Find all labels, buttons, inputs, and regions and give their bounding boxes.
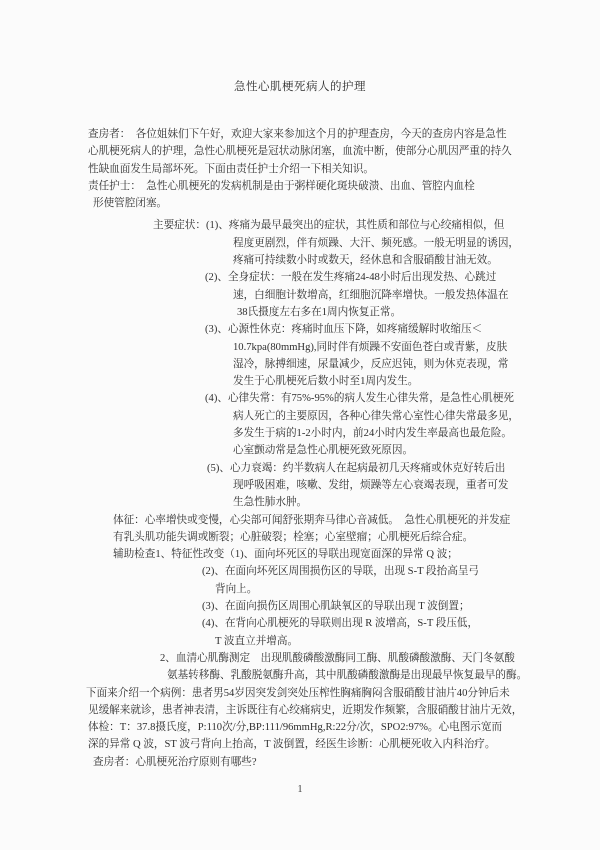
- doc-line: 形使管腔闭塞。: [93, 195, 600, 212]
- doc-line: 背向上。: [215, 581, 600, 598]
- doc-line: 氨基转移酶、乳酸脱氨酶升高，其中肌酸磷酸激酶是出现最早恢复最早的酶。: [167, 667, 600, 684]
- doc-line: 有乳头肌功能失调或断裂；心脏破裂；栓塞；心室壁瘤；心肌梗死后综合症。: [113, 529, 600, 546]
- doc-line: (2)、在面向坏死区周围损伤区的导联，出现 S-T 段抬高呈弓: [202, 563, 600, 580]
- doc-line: 查房者： 各位姐妹们下午好，欢迎大家来参加这个月的护理查房，今天的查房内容是急性: [88, 126, 600, 143]
- page-title: 急性心肌梗死病人的护理: [0, 78, 600, 94]
- doc-line: (3)、心源性休克：疼痛时血压下降，如疼痛缓解时收缩压＜: [205, 321, 600, 338]
- doc-line: 湿冷，脉搏细速，尿量减少，反应迟钝，则为休克表现，常: [233, 356, 600, 373]
- doc-line: 心室颤动常是急性心肌梗死致死原因。: [233, 442, 600, 459]
- doc-line: 查房者：心肌梗死治疗原则有哪些?: [93, 754, 600, 771]
- doc-line: 体检：T：37.8摄氏度，P:110次/分,BP:111/96mmHg,R:22…: [88, 719, 600, 736]
- doc-line: 主要症状：(1)、疼痛为最早最突出的症状，其性质和部位与心绞痛相似，但: [153, 217, 600, 234]
- doc-line: 10.7kpa(80mmHg),同时伴有烦躁不安面色苍白或青紫，皮肤: [233, 339, 600, 356]
- doc-line: T 波直立并增高。: [215, 633, 600, 650]
- doc-line: 性缺血面发生局部坏死。下面由责任护士介绍一下相关知识。: [88, 161, 600, 178]
- document-body: 查房者： 各位姐妹们下午好，欢迎大家来参加这个月的护理查房，今天的查房内容是急性…: [0, 126, 600, 771]
- doc-line: (3)、在面向损伤区周围心肌缺氧区的导联出现 T 波倒置；: [202, 598, 600, 615]
- doc-line: 生急性肺水肿。: [233, 494, 600, 511]
- doc-line: 病人死亡的主要原因，各种心律失常心室性心律失常最多见，: [233, 408, 600, 425]
- doc-line: 心肌梗死病人的护理，急性心肌梗死是冠状动脉闭塞，血流中断，使部分心肌因严重的持久: [88, 143, 600, 160]
- doc-line: 程度更剧烈，伴有烦躁、大汗、频死感。一般无明显的诱因，: [233, 235, 600, 252]
- doc-line: (4)、在背向心肌梗死的导联则出现 R 波增高，S-T 段压低，: [202, 615, 600, 632]
- document-page: 急性心肌梗死病人的护理 查房者： 各位姐妹们下午好，欢迎大家来参加这个月的护理查…: [0, 0, 600, 850]
- doc-line: 38氏摄度左右多在1周内恢复正常。: [237, 304, 600, 321]
- doc-line: (4)、心律失常：有75%-95%的病人发生心律失常，是急性心肌梗死: [205, 390, 600, 407]
- doc-line: 疼痛可持续数小时或数天，经休息和含服硝酸甘油无效。: [233, 252, 600, 269]
- doc-line: 发生于心肌梗死后数小时至1周内发生。: [233, 373, 600, 390]
- doc-line: 辅助检查1、特征性改变（1)、面向坏死区的导联出现宽面深的异常 Q 波；: [113, 546, 600, 563]
- doc-line: 体征：心率增快或变慢，心尖部可闻舒张期奔马律心音减低。 急性心肌梗死的并发症: [113, 512, 600, 529]
- doc-line: 下面来介绍一个病例：患者男54岁因突发剑突处压榨性胸痛胸闷含服硝酸甘油片40分钟…: [86, 685, 600, 702]
- doc-line: 见缓解来就诊，患者神表清，主诉既往有心绞痛病史，近期发作频繁，含服硝酸甘油片无效…: [88, 702, 600, 719]
- doc-line: (2)、全身症状：一般在发生疼痛24-48小时后出现发热、心跳过: [205, 269, 600, 286]
- page-number: 1: [0, 784, 600, 795]
- doc-line: 速，白细胞计数增高，红细胞沉降率增快。一般发热体温在: [233, 287, 600, 304]
- doc-line: 现呼吸困难，咳嗽、发绀，烦躁等左心衰竭表现，重者可发: [233, 477, 600, 494]
- doc-line: (5)、心力衰竭：约半数病人在起病最初几天疼痛或休克好转后出: [207, 460, 600, 477]
- doc-line: 责任护士： 急性心肌梗死的发病机制是由于粥样硬化斑块破溃、出血、管腔内血栓: [88, 178, 600, 195]
- doc-line: 多发生于病的1-2小时内，前24小时内发生率最高也最危险。: [233, 425, 600, 442]
- doc-line: 2、血清心肌酶测定 出现肌酸磷酸激酶同工酶、肌酸磷酸激酶、天门冬氨酸: [160, 650, 600, 667]
- doc-line: 深的异常 Q 波，ST 波弓背向上抬高，T 波倒置，经医生诊断：心肌梗死收入内科…: [88, 736, 600, 753]
